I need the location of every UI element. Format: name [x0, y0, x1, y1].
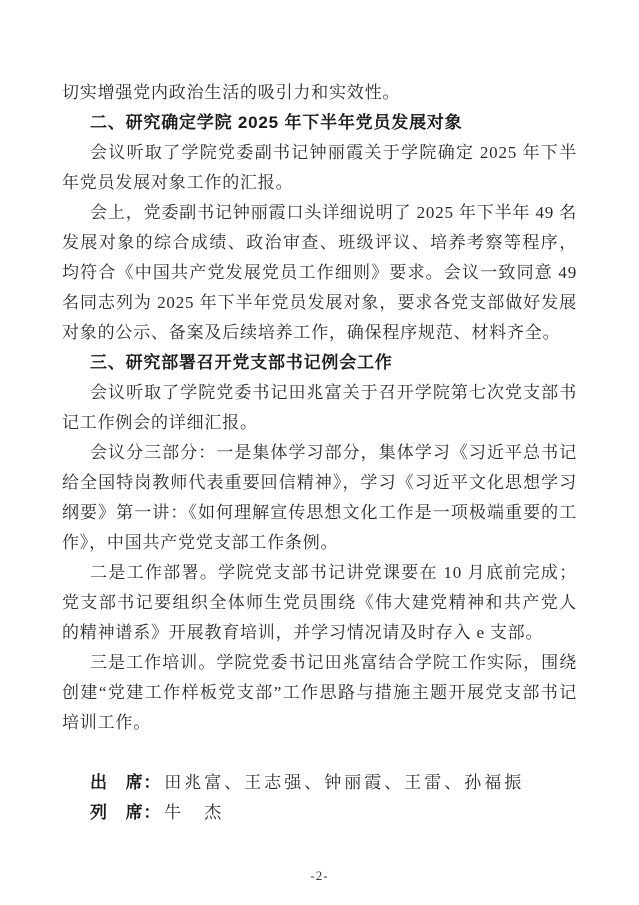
section-2-paragraph-1: 会议听取了学院党委副书记钟丽霞关于学院确定 2025 年下半年党员发展对象工作的… [62, 138, 577, 198]
document-page: 切实增强党内政治生活的吸引力和实效性。 二、研究确定学院 2025 年下半年党员… [0, 0, 639, 905]
section-3-paragraph-4: 三是工作培训。学院党委书记田兆富结合学院工作实际，围绕创建“党建工作样板党支部”… [62, 648, 577, 738]
observer-label: 列 席： [90, 803, 161, 822]
section-3-paragraph-2: 会议分三部分：一是集体学习部分，集体学习《习近平总书记给全国特岗教师代表重要回信… [62, 438, 577, 558]
section-2-paragraph-2: 会上，党委副书记钟丽霞口头详细说明了 2025 年下半年 49 名发展对象的综合… [62, 198, 577, 348]
document-content: 切实增强党内政治生活的吸引力和实效性。 二、研究确定学院 2025 年下半年党员… [62, 78, 577, 828]
page-number: -2- [0, 868, 639, 883]
section-3-paragraph-3: 二是工作部署。学院党支部书记讲党课要在 10 月底前完成；党支部书记要组织全体师… [62, 558, 577, 648]
present-names: 田兆富、王志强、钟丽霞、王雷、孙福振 [164, 773, 524, 792]
paragraph-continuation: 切实增强党内政治生活的吸引力和实效性。 [62, 78, 577, 108]
attendance-block: 出 席：田兆富、王志强、钟丽霞、王雷、孙福振 列 席：牛 杰 [62, 768, 577, 828]
section-3-heading: 三、研究部署召开党支部书记例会工作 [62, 348, 577, 378]
section-3-paragraph-1: 会议听取了学院党委书记田兆富关于召开学院第七次党支部书记工作例会的详细汇报。 [62, 378, 577, 438]
section-2-heading: 二、研究确定学院 2025 年下半年党员发展对象 [62, 108, 577, 138]
observer-names: 牛 杰 [164, 803, 224, 822]
observer-row: 列 席：牛 杰 [62, 798, 577, 828]
present-row: 出 席：田兆富、王志强、钟丽霞、王雷、孙福振 [62, 768, 577, 798]
present-label: 出 席： [90, 773, 161, 792]
